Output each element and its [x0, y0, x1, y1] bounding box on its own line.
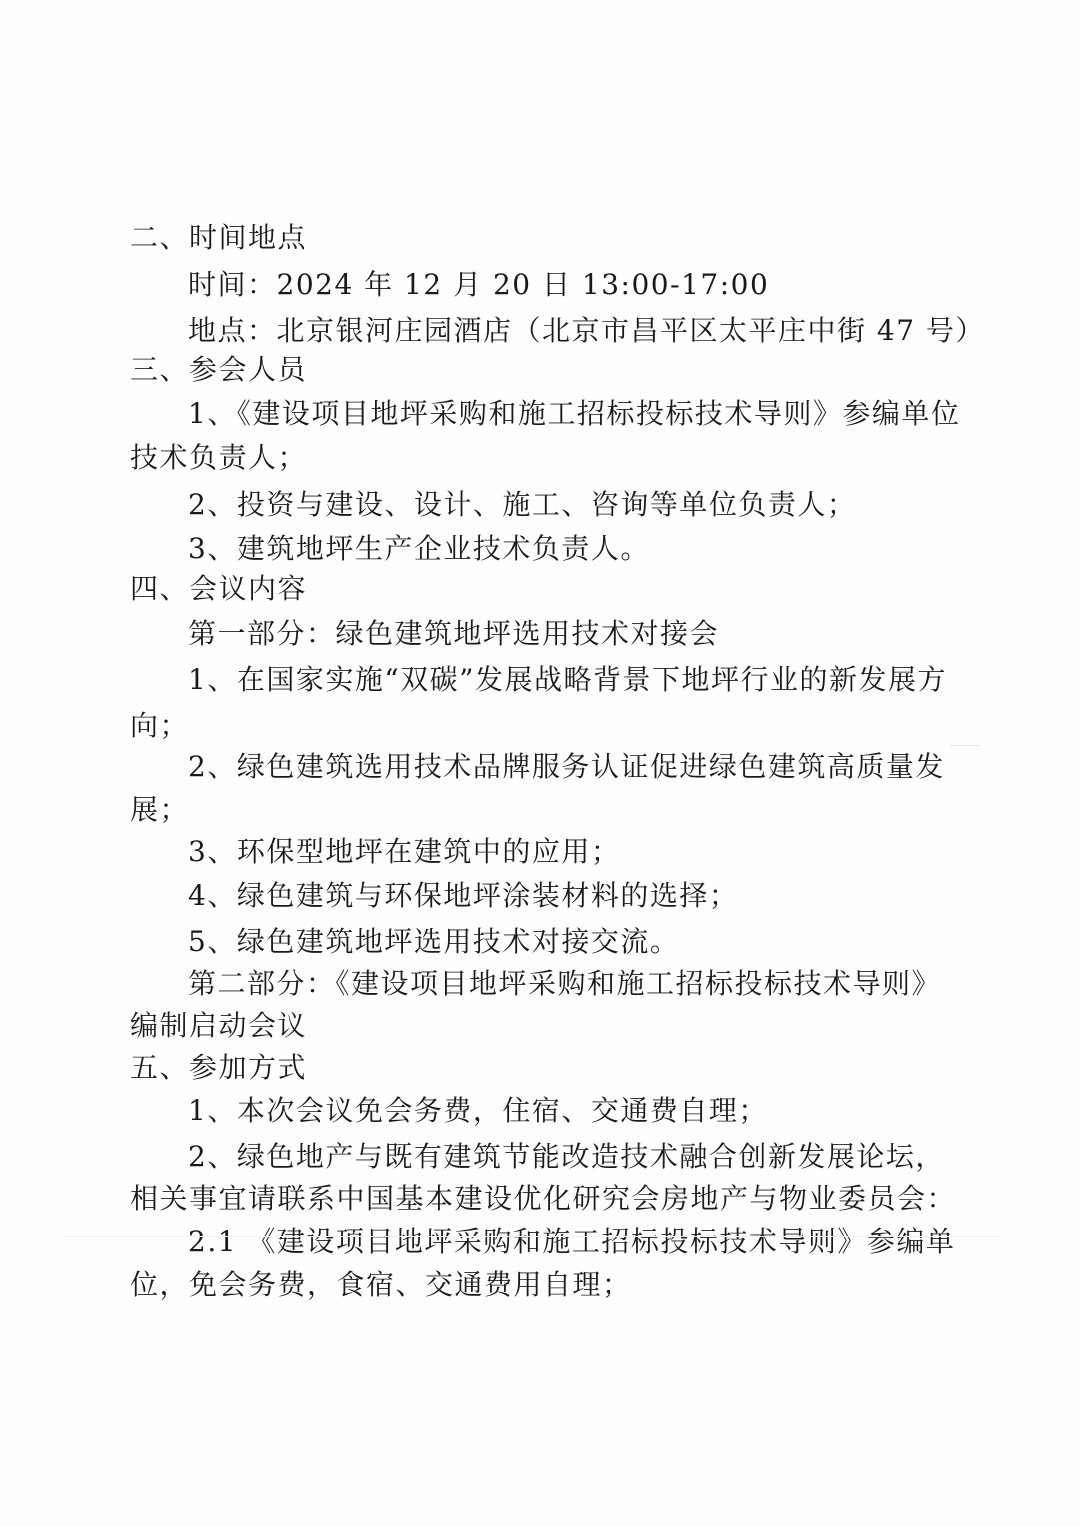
agenda-item-4: 4、绿色建筑与环保地坪涂装材料的选择； — [188, 876, 998, 916]
agenda-part-2-cont: 编制启动会议 — [130, 1006, 940, 1046]
scan-artifact — [950, 745, 980, 746]
agenda-part-1-title: 第一部分：绿色建筑地坪选用技术对接会 — [188, 614, 998, 654]
attendee-item-2: 2、投资与建设、设计、施工、咨询等单位负责人； — [188, 485, 998, 525]
location-line: 地点：北京银河庄园酒店（北京市昌平区太平庄中街 47 号） — [188, 311, 998, 351]
agenda-item-2: 2、绿色建筑选用技术品牌服务认证促进绿色建筑高质量发 — [188, 747, 998, 787]
agenda-item-2-cont: 展； — [130, 790, 940, 830]
agenda-item-1: 1、在国家实施“双碳”发展战略背景下地坪行业的新发展方 — [188, 660, 998, 700]
participation-item-2: 2、绿色地产与既有建筑节能改造技术融合创新发展论坛， — [188, 1137, 998, 1177]
agenda-part-2-title: 第二部分：《建设项目地坪采购和施工招标投标技术导则》 — [188, 964, 998, 1004]
section-heading-participation: 五、参加方式 — [130, 1048, 940, 1088]
section-heading-time-location: 二、时间地点 — [130, 218, 940, 258]
section-heading-attendees: 三、参会人员 — [130, 350, 940, 390]
attendee-item-1: 1、《建设项目地坪采购和施工招标投标技术导则》参编单位 — [188, 394, 998, 434]
time-line: 时间：2024 年 12 月 20 日 13:00-17:00 — [188, 265, 998, 305]
participation-item-2-1-cont: 位，免会务费，食宿、交通费用自理； — [130, 1265, 940, 1305]
participation-item-1: 1、本次会议免会务费，住宿、交通费自理； — [188, 1091, 998, 1131]
attendee-item-3: 3、建筑地坪生产企业技术负责人。 — [188, 529, 998, 569]
section-heading-agenda: 四、会议内容 — [130, 569, 940, 609]
attendee-item-1-cont: 技术负责人； — [130, 438, 940, 478]
agenda-item-3: 3、环保型地坪在建筑中的应用； — [188, 832, 998, 872]
document-page: 二、时间地点 时间：2024 年 12 月 20 日 13:00-17:00 地… — [0, 0, 1080, 1527]
participation-item-2-cont: 相关事宜请联系中国基本建设优化研究会房地产与物业委员会： — [130, 1179, 940, 1219]
scan-artifact — [60, 1236, 1000, 1237]
agenda-item-1-cont: 向； — [130, 706, 940, 746]
agenda-item-5: 5、绿色建筑地坪选用技术对接交流。 — [188, 922, 998, 962]
participation-item-2-1: 2.1 《建设项目地坪采购和施工招标投标技术导则》参编单 — [188, 1222, 998, 1262]
